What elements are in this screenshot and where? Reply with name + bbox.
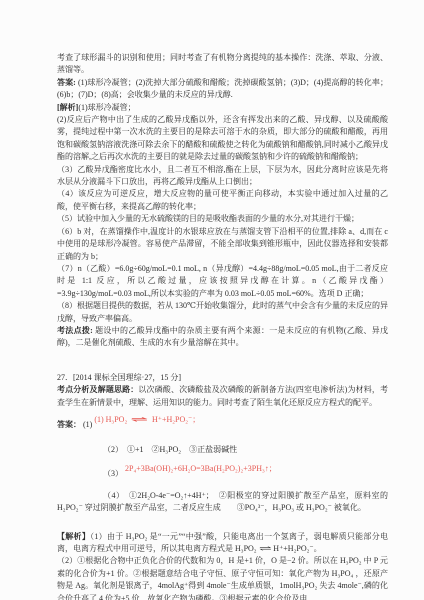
q26-analysis-paragraph-7: （7）n（乙酸）=6.0g÷60g/moL=0.1 moL, n（异戊醇）=4.… <box>57 263 388 300</box>
equilibrium-arrow-icon: ⇌ <box>131 414 148 426</box>
q27-answer-label: 答案： <box>57 420 81 429</box>
q26-analysis-paragraph-8: （8）根据题目提供的数据，若从 130℃开始收集馏分，此时的蒸气中会含有少量的未… <box>57 300 388 325</box>
q26-tips-paragraph: 考法点拨: 题设中的乙酸异戊酯中的杂质主要有两个来源：一是未反应的有机物(乙酸、… <box>57 325 388 350</box>
ionization-equation: (1) H₃PO₂⇌H⁺+H₂PO₂⁻； <box>94 415 200 424</box>
q27-analysis-paragraph-1: 【解析】（1）由于 H₃PO₂ 是“一元”“中强”酸，只能电离出一个氢离子，弱电… <box>57 531 388 556</box>
q26-answer-paragraph: 答案: (1)球形冷凝管；(2)洗掉大部分硫酸和醋酸；洗掉碳酸氢钠；(3)D；(… <box>57 77 388 102</box>
q26-intro-text: 考查了球形漏斗的识别和使用；同时考查了有机物分离提纯的基本操作：洗涤、萃取、分液… <box>57 53 388 74</box>
q27-answer-row-2: （2） ①+1 ②H₃PO₂ ③正盐弱碱性 <box>57 444 388 456</box>
document-page: 考查了球形漏斗的识别和使用；同时考查了有机物分离提纯的基本操作：洗涤、萃取、分液… <box>0 0 424 600</box>
q27-answer-row-1: 答案： (1) (1) H₃PO₂⇌H⁺+H₂PO₂⁻； <box>57 419 388 431</box>
q26-analysis-paragraph-4: （4）该反应为可逆反应，增大反应物的量可使平衡正向移动，本实验中通过加入过量的乙… <box>57 188 388 213</box>
q27-answer-row-3: （3） 2P₄+3Ba(OH)₂+6H₂O=3Ba(H₂PO₂)₂+3PH₃↑； <box>57 466 388 481</box>
q26-analysis-paragraph-3: （3）乙酸异戊酯密度比水小，且二者互不相溶,酯在上层，下层为水，因此分离时应该是… <box>57 164 388 189</box>
q27-keypoint-paragraph: 考点分析及解题思路：以次磷酸、次磷酸盐及次磷酸的新制备方法(四室电渗析法)为材料… <box>57 384 388 409</box>
q26-analysis-paragraph-6: （6）b 对，在蒸馏操作中,温度计的水银球应放在与蒸馏支管下沿相平的位置,排除 … <box>57 226 388 263</box>
q26-analysis-paragraph-1: [解析](1)球形冷凝管； <box>57 102 388 114</box>
q26-answer-text: (1)球形冷凝管；(2)洗掉大部分硫酸和醋酸；洗掉碳酸氢钠；(3)D；(4)提高… <box>57 78 388 99</box>
q27-answer-1-number: (1) <box>83 420 92 429</box>
q26-tips-label: 考法点拨: <box>57 326 93 335</box>
reaction-equation: 2P₄+3Ba(OH)₂+6H₂O=3Ba(H₂PO₂)₂+3PH₃↑； <box>125 464 277 473</box>
q27-heading: 27．[2014 课标全国理综·27，15 分] <box>57 372 388 384</box>
q26-answer-label: 答案: <box>57 78 76 87</box>
q27-answer-3-number: （3） <box>103 469 123 478</box>
equilibrium-arrow-icon: ⇌ <box>259 543 272 555</box>
q26-analysis-label: [解析] <box>57 103 78 112</box>
q26-analysis-paragraph-2: (2)反应后产物中出了生成的乙酸异戊酯以外，还含有挥发出来的乙酸、异戊醇、以及硫… <box>57 114 388 164</box>
q27-analysis-1-pre: （1）由于 H₃PO₂ 是“一元”“中强”酸，只能电离出一个氢离子，弱电解质只能… <box>57 532 388 553</box>
q27-analysis-1-post: H⁺+H₂PO₂⁻。 <box>273 544 321 553</box>
q27-answer-paragraph-4: （4） ①2H₂O-4e⁻=O₂↑+4H⁺； ②阳极室的穿过阳膜扩散至产品室，原… <box>57 490 388 515</box>
ionization-equation-left: (1) H₃PO₂ <box>94 415 127 424</box>
q26-tips-text: 题设中的乙酸异戊酯中的杂质主要有两个来源：一是未反应的有机物(乙酸、异戊醇)，二… <box>57 326 388 347</box>
q26-intro-paragraph: 考查了球形漏斗的识别和使用；同时考查了有机物分离提纯的基本操作：洗涤、萃取、分液… <box>57 52 388 77</box>
ionization-equation-right: H⁺+H₂PO₂⁻； <box>152 415 200 424</box>
q27-analysis-paragraph-2: （2）①根据化合物中正负化合价的代数和为 0，H 是+1 价，O 是−2 价。所… <box>57 555 388 600</box>
q26-analysis-point-1: (1)球形冷凝管； <box>78 103 135 112</box>
q26-analysis-paragraph-5: （5）试验中加入少量的无水硫酸镁的目的是吸收酯表面的少量的水分,对其进行干燥； <box>57 213 388 225</box>
q27-analysis-label: 【解析】 <box>57 532 90 541</box>
q27-keypoint-label: 考点分析及解题思路： <box>57 385 138 394</box>
